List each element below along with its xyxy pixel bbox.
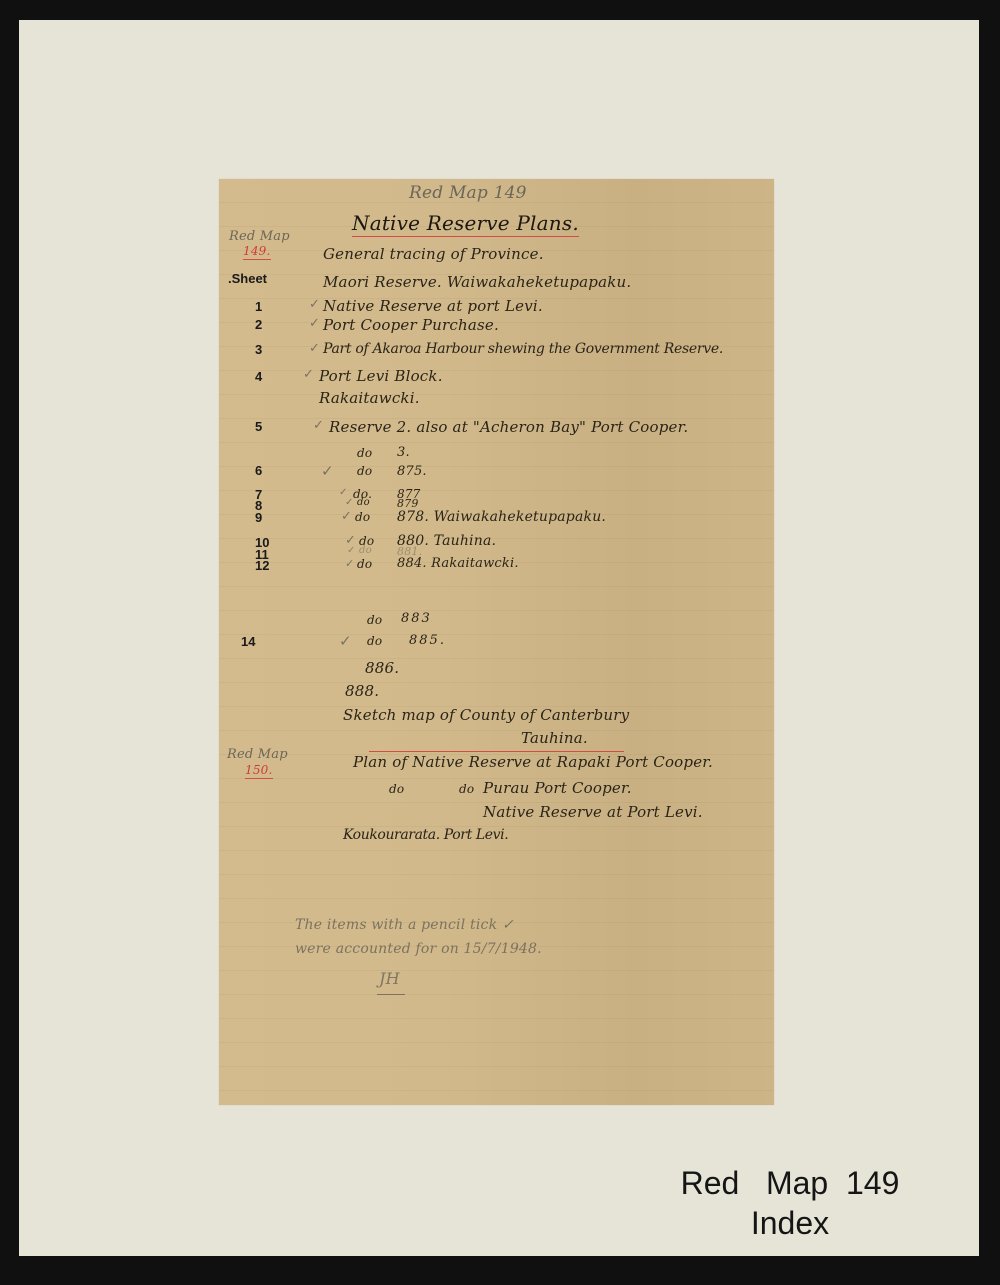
initials-underline <box>377 994 405 995</box>
margin-note-number: 149. <box>243 244 271 258</box>
entry-text: 886. <box>365 659 399 677</box>
check-tick-icon: ✓ <box>303 367 314 382</box>
check-tick-icon: ✓ <box>321 462 334 480</box>
entry-text: Plan of Native Reserve at Rapaki Port Co… <box>353 753 713 771</box>
entry-text: Koukourarata. Port Levi. <box>343 827 508 843</box>
ditto-mark: do <box>357 497 370 508</box>
entry-text: Maori Reserve. Waiwakaheketupapaku. <box>323 273 631 291</box>
ditto-mark: do <box>355 510 370 524</box>
check-tick-icon: ✓ <box>341 509 352 524</box>
pencil-initials: JH <box>379 969 400 988</box>
index-sheet: Red Map 149 Native Reserve Plans. Red Ma… <box>219 179 774 1105</box>
entry-text: Native Reserve at Port Levi. <box>483 803 703 821</box>
check-tick-icon: ✓ <box>309 316 320 331</box>
check-tick-icon: ✓ <box>309 341 320 356</box>
check-tick-icon: ✓ <box>345 497 353 508</box>
ditto-mark: do <box>389 782 404 796</box>
margin-note-number: 150. <box>245 763 273 777</box>
check-tick-icon: ✓ <box>347 545 355 556</box>
ditto-mark: do <box>459 782 474 796</box>
pencil-note-line2: were accounted for on 15/7/1948. <box>295 941 542 957</box>
check-tick-icon: ✓ <box>313 418 324 433</box>
check-tick-icon: ✓ <box>345 557 354 570</box>
sheet-number: 12 <box>255 560 269 572</box>
sheet-number: 3 <box>255 344 262 356</box>
sheet-number: 14 <box>241 636 255 648</box>
sheet-number: 1 <box>255 301 262 313</box>
entry-text: 884. Rakaitawcki. <box>397 556 519 571</box>
entry-text: 3. <box>397 445 410 460</box>
entry-text: Sketch map of County of Canterbury <box>343 706 629 724</box>
check-tick-icon: ✓ <box>309 297 320 312</box>
margin-note-label: Red Map <box>227 747 288 762</box>
sheet-column-header: .Sheet <box>228 273 267 285</box>
check-tick-icon: ✓ <box>339 632 352 650</box>
entry-text: 875. <box>397 464 427 479</box>
ditto-mark: do <box>367 634 382 648</box>
sheet-number: 4 <box>255 371 262 383</box>
entry-text: Port Cooper Purchase. <box>323 316 499 334</box>
index-label-subtitle: Index <box>730 1205 850 1241</box>
pencil-header: Red Map 149 <box>409 183 527 203</box>
document-title-text: Native Reserve Plans. <box>352 211 579 237</box>
ditto-mark: do <box>357 446 372 460</box>
entry-text: 885. <box>409 633 446 648</box>
entry-text: Part of Akaroa Harbour shewing the Gover… <box>323 341 723 357</box>
margin-note-label: Red Map <box>229 229 290 244</box>
entry-text: 878. Waiwakaheketupapaku. <box>397 509 606 525</box>
entry-text: Rakaitawcki. <box>319 389 420 407</box>
entry-text: Port Levi Block. <box>319 367 443 385</box>
entry-text: Tauhina. <box>521 729 588 747</box>
ditto-mark: do <box>367 613 382 627</box>
sheet-number: 2 <box>255 319 262 331</box>
entry-text: Purau Port Cooper. <box>483 779 632 797</box>
document-title: Native Reserve Plans. <box>352 211 579 235</box>
ditto-mark: do <box>357 557 372 571</box>
entry-text: 888. <box>345 682 379 700</box>
sheet-number: 9 <box>255 512 262 524</box>
entry-text: 883 <box>401 611 432 626</box>
entry-text: Reserve 2. also at "Acheron Bay" Port Co… <box>329 418 688 436</box>
sheet-number: 5 <box>255 421 262 433</box>
sheet-number: 6 <box>255 465 262 477</box>
ditto-mark: do <box>357 464 372 478</box>
ditto-mark: do <box>359 545 372 556</box>
red-underline <box>369 751 624 752</box>
index-label-title: Red Map 149 <box>660 1165 920 1201</box>
pencil-note-line1: The items with a pencil tick ✓ <box>295 917 514 933</box>
entry-text: Native Reserve at port Levi. <box>323 297 543 315</box>
entry-text: General tracing of Province. <box>323 245 544 263</box>
